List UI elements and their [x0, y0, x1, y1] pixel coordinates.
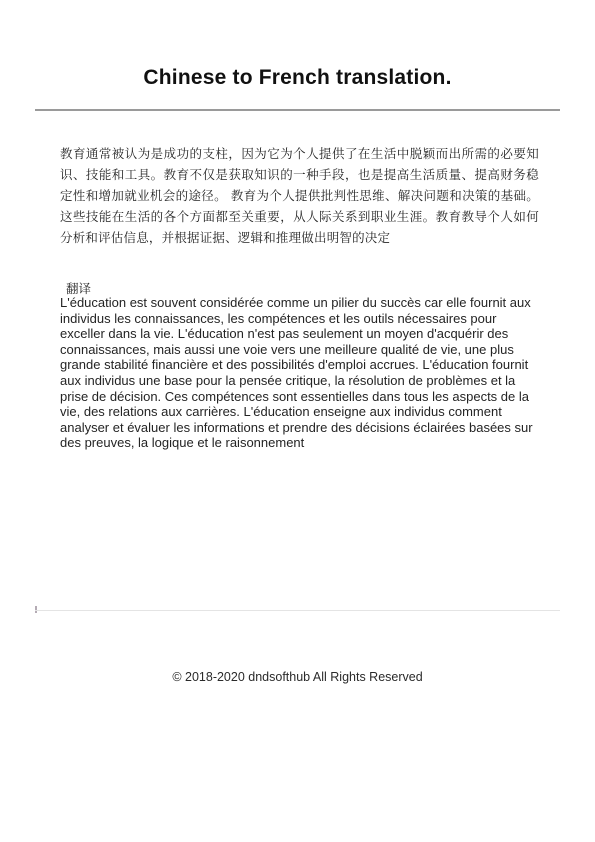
title-divider	[35, 109, 560, 111]
translated-text-french: L'éducation est souvent considérée comme…	[60, 295, 539, 451]
source-text-chinese: 教育通常被认为是成功的支柱，因为它为个人提供了在生活中脱颖而出所需的必要知识、技…	[60, 144, 539, 249]
divider-line	[35, 610, 560, 611]
document-page: Chinese to French translation. 教育通常被认为是成…	[0, 0, 595, 842]
copyright-footer: © 2018-2020 dndsofthub All Rights Reserv…	[0, 670, 595, 684]
bottom-divider	[35, 606, 560, 614]
page-title: Chinese to French translation.	[0, 66, 595, 90]
